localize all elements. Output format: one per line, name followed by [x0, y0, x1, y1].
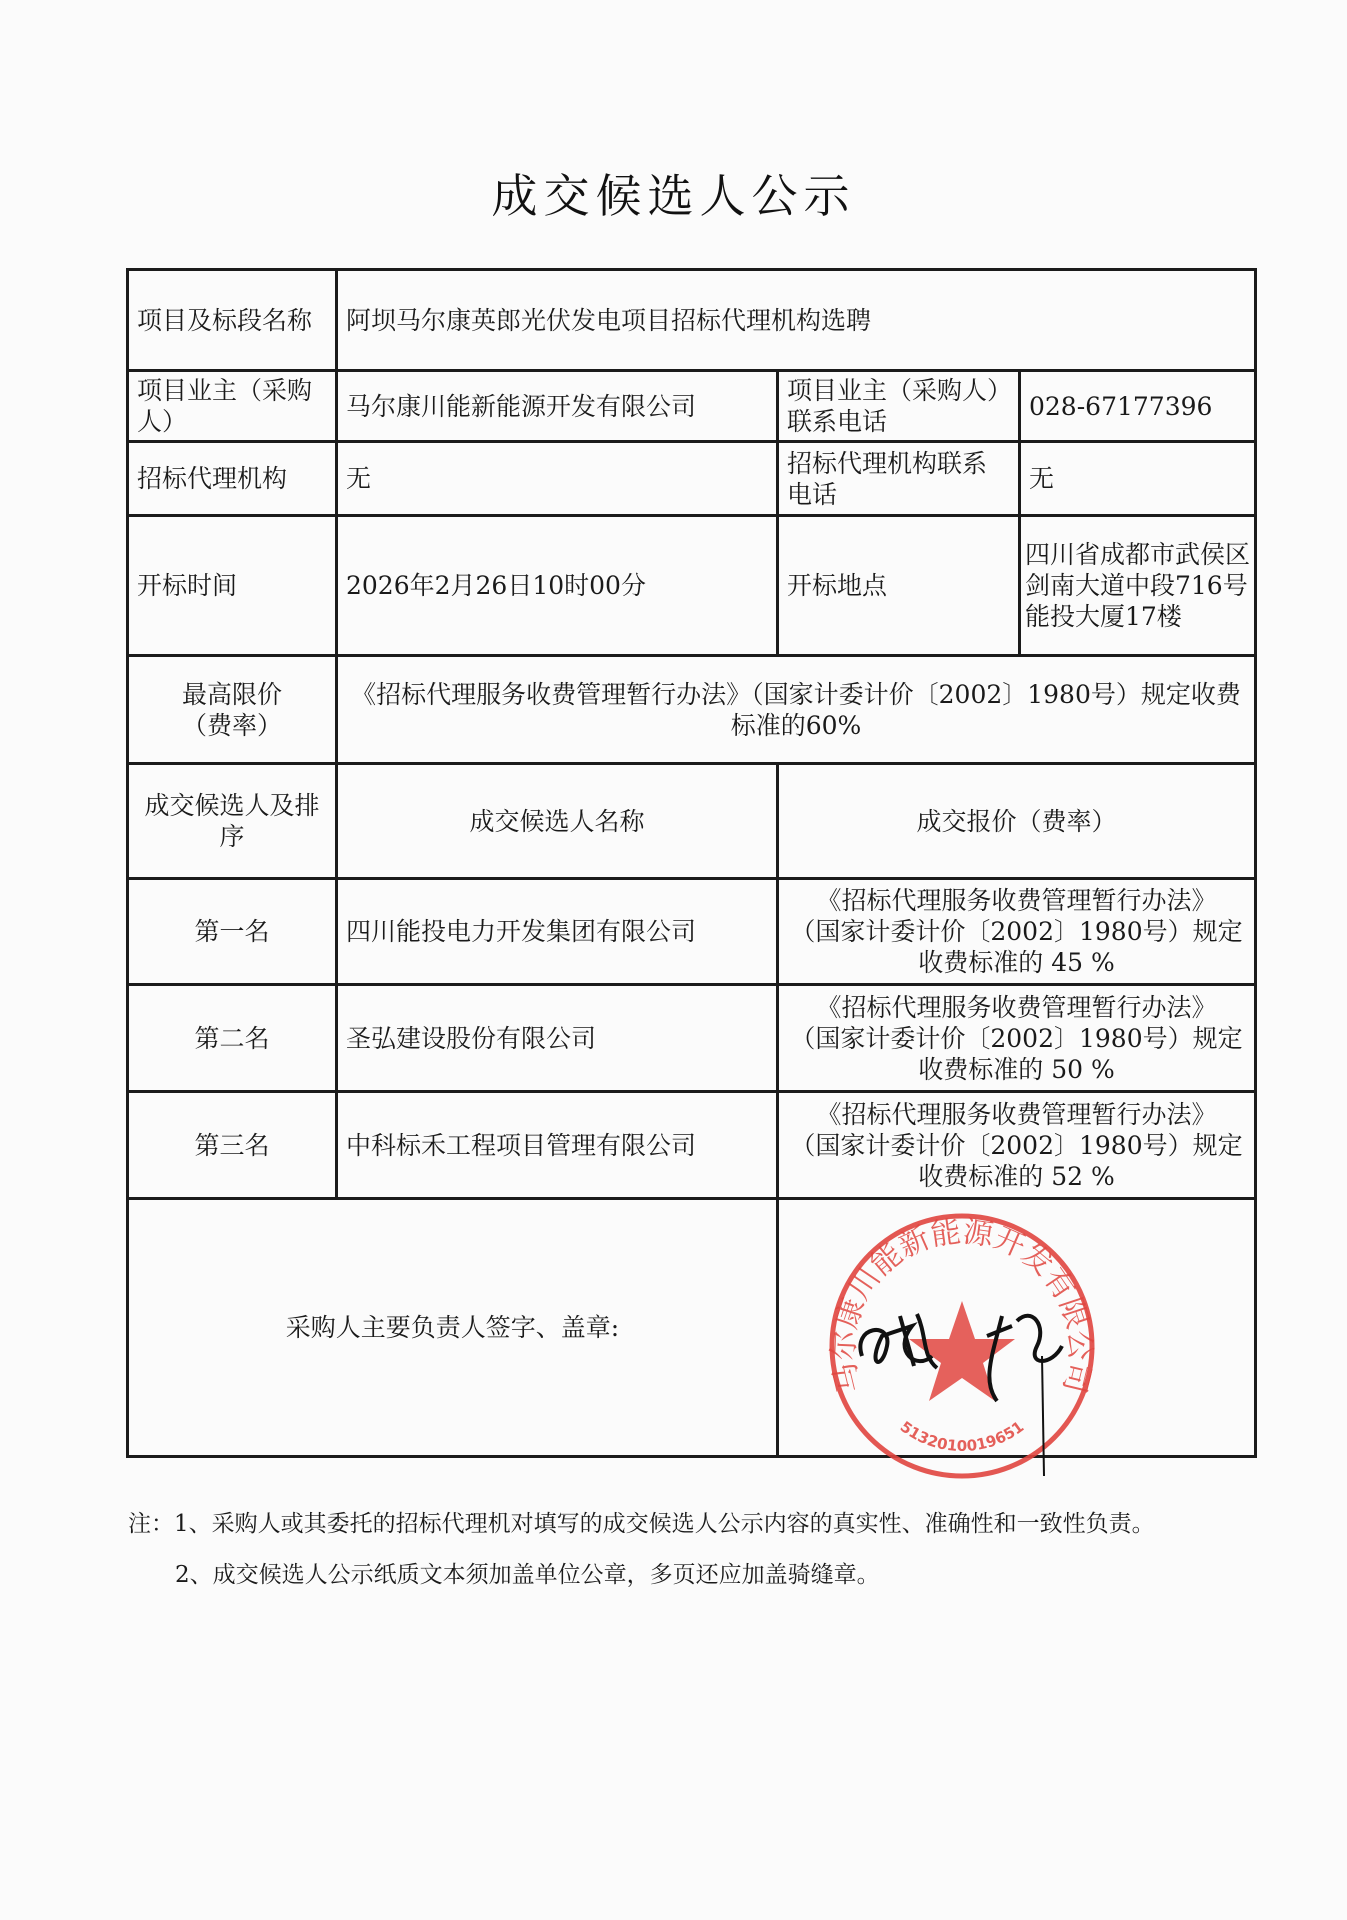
- open-place-label: 开标地点: [779, 517, 1018, 654]
- agency-phone-value: 无: [1021, 443, 1254, 514]
- candidate-name: 中科标禾工程项目管理有限公司: [338, 1093, 776, 1197]
- price-line: 《招标代理服务收费管理暂行办法》: [816, 992, 1216, 1023]
- candidate-rank: 第二名: [129, 986, 335, 1090]
- open-place-value: 四川省成都市武侯区剑南大道中段716号能投大厦17楼: [1021, 517, 1254, 654]
- owner-label: 项目业主（采购人）: [129, 372, 335, 440]
- signature-label: 采购人主要负责人签字、盖章:: [129, 1200, 776, 1455]
- project-value: 阿坝马尔康英郎光伏发电项目招标代理机构选聘: [338, 271, 1254, 369]
- open-time-value: 2026年2月26日10时00分: [338, 517, 776, 654]
- agency-phone-label: 招标代理机构联系电话: [779, 443, 1018, 514]
- price-line: 《招标代理服务收费管理暂行办法》: [816, 1099, 1216, 1130]
- price-line: （国家计委计价〔2002〕1980号）规定: [790, 916, 1242, 947]
- candidate-price: 《招标代理服务收费管理暂行办法》 （国家计委计价〔2002〕1980号）规定 收…: [779, 880, 1254, 983]
- max-price-value: 《招标代理服务收费管理暂行办法》（国家计委计价〔2002〕1980号）规定收费标…: [338, 657, 1254, 762]
- table-border: [1254, 268, 1257, 1458]
- owner-value: 马尔康川能新能源开发有限公司: [338, 372, 776, 440]
- project-label: 项目及标段名称: [129, 271, 335, 369]
- max-price-label: 最高限价（费率）: [129, 657, 335, 762]
- price-line: 《招标代理服务收费管理暂行办法》: [816, 885, 1216, 916]
- candidate-price: 《招标代理服务收费管理暂行办法》 （国家计委计价〔2002〕1980号）规定 收…: [779, 986, 1254, 1090]
- note-2: 2、成交候选人公示纸质文本须加盖单位公章，多页还应加盖骑缝章。: [175, 1556, 880, 1589]
- candidate-rank: 第三名: [129, 1093, 335, 1197]
- price-line: （国家计委计价〔2002〕1980号）规定: [790, 1130, 1242, 1161]
- price-line: 收费标准的 50 %: [918, 1054, 1114, 1085]
- owner-phone-value: 028-67177396: [1021, 372, 1254, 440]
- candidate-rank: 第一名: [129, 880, 335, 983]
- price-line: （国家计委计价〔2002〕1980号）规定: [790, 1023, 1242, 1054]
- official-stamp-icon: 马尔康川能新能源开发有限公司 5132010019651: [822, 1206, 1102, 1486]
- page-title: 成交候选人公示: [0, 160, 1347, 226]
- note-1: 注：1、采购人或其委托的招标代理机对填写的成交候选人公示内容的真实性、准确性和一…: [128, 1505, 1155, 1538]
- agency-label: 招标代理机构: [129, 443, 335, 514]
- header-name: 成交候选人名称: [338, 765, 776, 877]
- svg-text:5132010019651: 5132010019651: [897, 1418, 1027, 1455]
- owner-phone-label: 项目业主（采购人）联系电话: [779, 372, 1018, 440]
- header-rank: 成交候选人及排序: [129, 765, 335, 877]
- price-line: 收费标准的 45 %: [918, 947, 1114, 978]
- header-price: 成交报价（费率）: [779, 765, 1254, 877]
- open-time-label: 开标时间: [129, 517, 335, 654]
- candidate-name: 四川能投电力开发集团有限公司: [338, 880, 776, 983]
- candidate-name: 圣弘建设股份有限公司: [338, 986, 776, 1090]
- price-line: 收费标准的 52 %: [918, 1161, 1114, 1192]
- candidate-price: 《招标代理服务收费管理暂行办法》 （国家计委计价〔2002〕1980号）规定 收…: [779, 1093, 1254, 1197]
- agency-value: 无: [338, 443, 776, 514]
